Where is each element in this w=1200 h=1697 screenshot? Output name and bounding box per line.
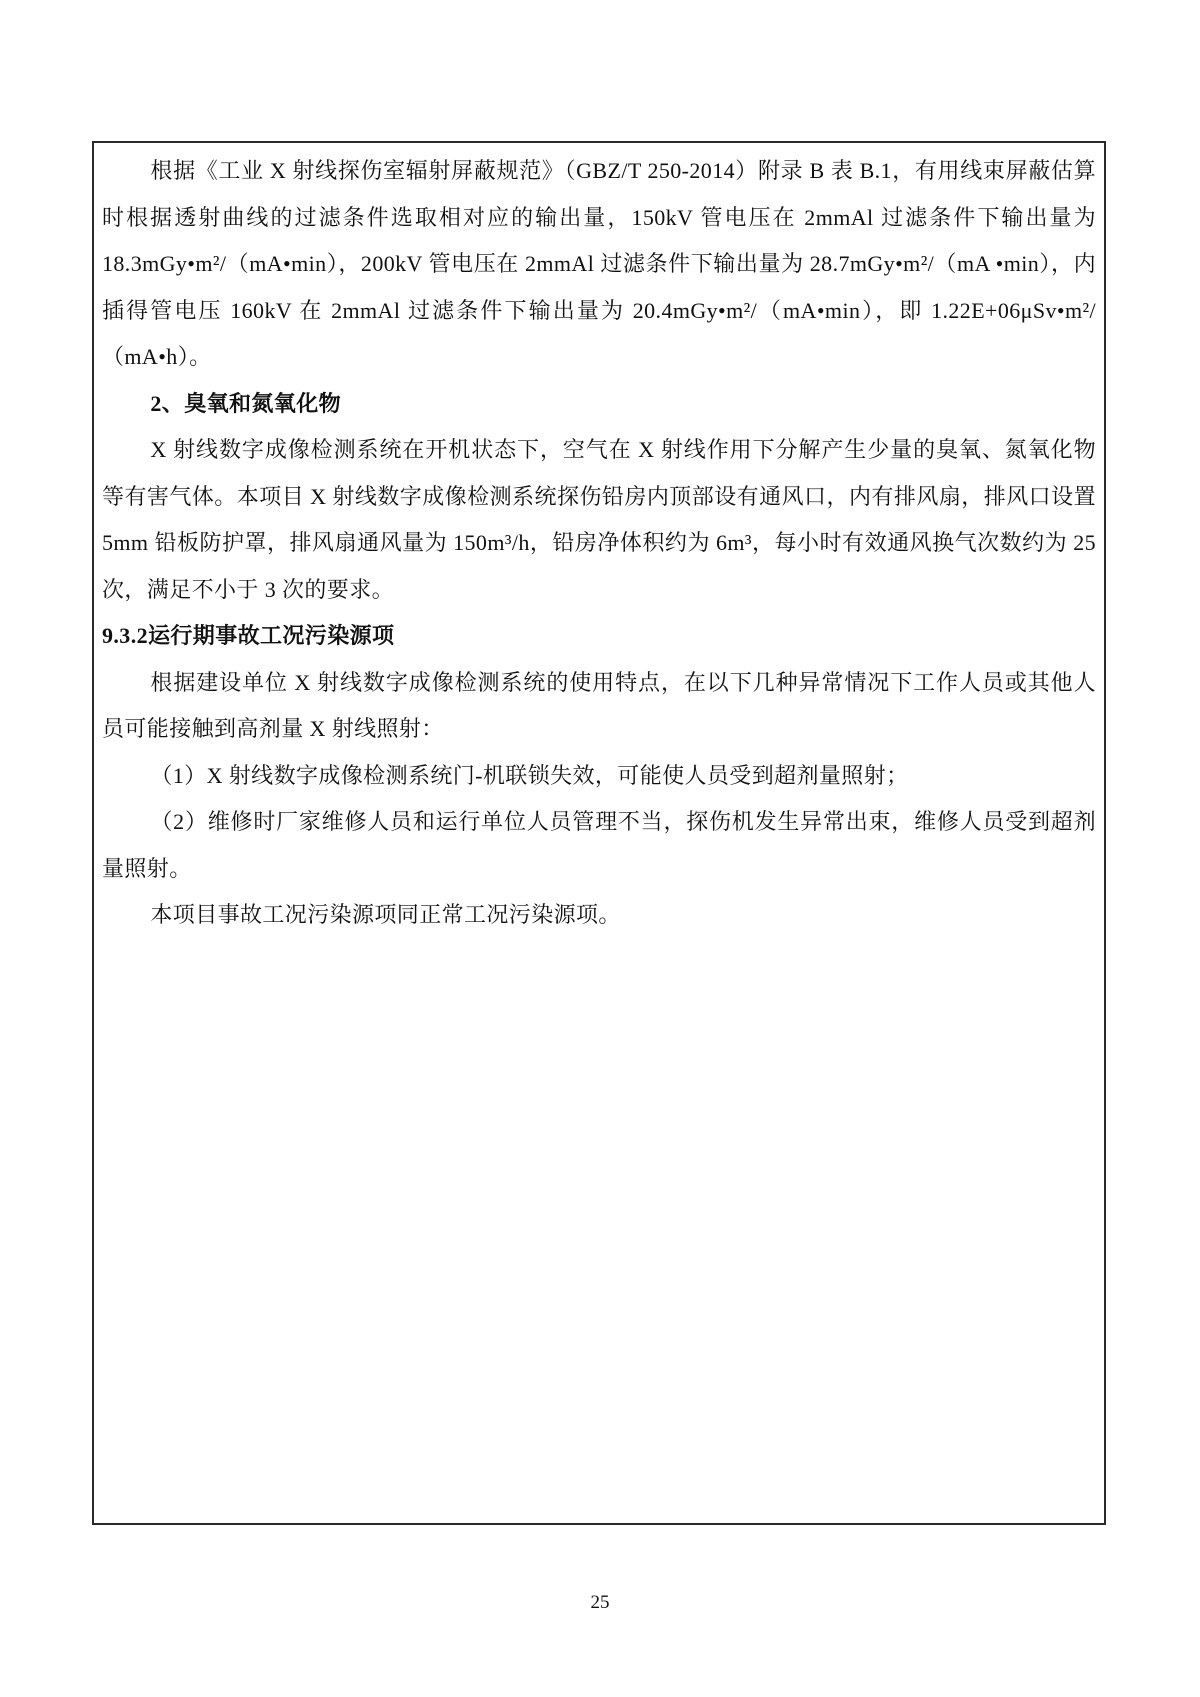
page-number: 25 [0,1592,1200,1614]
heading-section-9-3-2: 9.3.2运行期事故工况污染源项 [102,613,1096,660]
paragraph-accident-source-same-as-normal: 本项目事故工况污染源项同正常工况污染源项。 [102,892,1096,939]
document-page: 根据《工业 X 射线探伤室辐射屏蔽规范》（GBZ/T 250-2014）附录 B… [0,0,1200,1697]
paragraph-item-2-maintenance: （2）维修时厂家维修人员和运行单位人员管理不当，探伤机发生异常出束，维修人员受到… [102,799,1096,892]
paragraph-ventilation: X 射线数字成像检测系统在开机状态下，空气在 X 射线作用下分解产生少量的臭氧、… [102,427,1096,613]
heading-ozone-nitrogen-oxides: 2、臭氧和氮氧化物 [102,381,1096,428]
paragraph-shielding-output: 根据《工业 X 射线探伤室辐射屏蔽规范》（GBZ/T 250-2014）附录 B… [102,148,1096,381]
paragraph-abnormal-situations-intro: 根据建设单位 X 射线数字成像检测系统的使用特点，在以下几种异常情况下工作人员或… [102,660,1096,753]
content-border-box: 根据《工业 X 射线探伤室辐射屏蔽规范》（GBZ/T 250-2014）附录 B… [92,141,1106,1525]
paragraph-item-1-interlock-failure: （1）X 射线数字成像检测系统门-机联锁失效，可能使人员受到超剂量照射； [102,753,1096,800]
